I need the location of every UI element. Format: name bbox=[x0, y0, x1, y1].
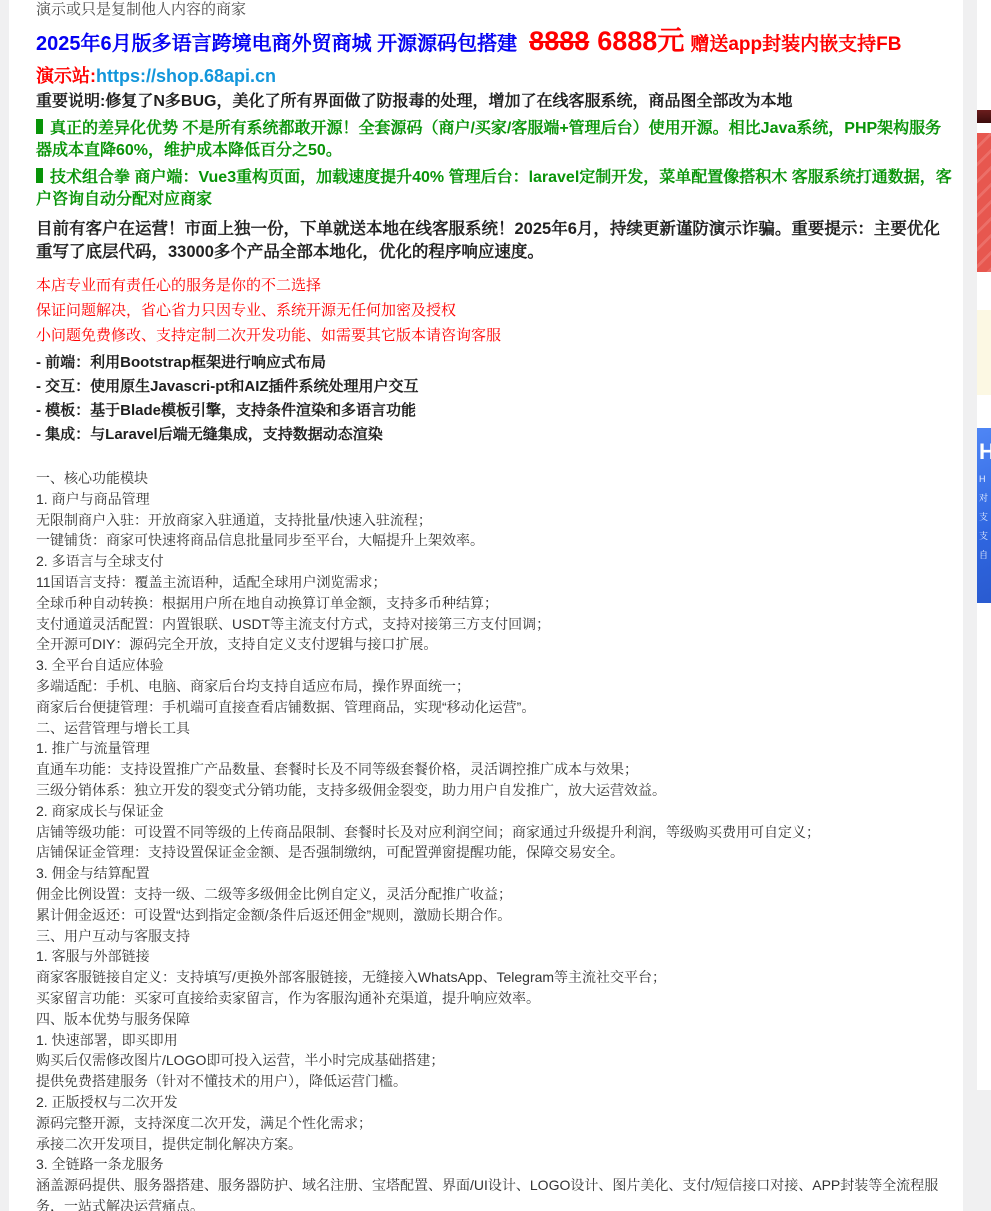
feature-detail-line: 佣金比例设置：支持一级、二级等多级佣金比例自定义，灵活分配推广收益； bbox=[36, 884, 951, 905]
demo-site-row: 演示站:https://shop.68api.cn bbox=[36, 64, 951, 90]
rail-blue-text-fragments: H对支支自 bbox=[977, 470, 991, 565]
feature-detail-line: 源码完整开源，支持深度二次开发，满足个性化需求； bbox=[36, 1113, 951, 1134]
rail-text-fragment: 自 bbox=[979, 546, 991, 565]
demo-site-label: 演示站: bbox=[36, 66, 96, 86]
bonus-note: 赠送app封装内嵌支持FB bbox=[690, 34, 901, 55]
highlight-advantage: 真正的差异化优势 不是所有系统都敢开源！全套源码（商户/买家/客服端+管理后台）… bbox=[36, 118, 954, 162]
important-note: 重要说明:修复了N多BUG，美化了所有界面做了防报毒的处理，增加了在线客服系统，… bbox=[36, 91, 951, 113]
green-bar-icon bbox=[36, 119, 43, 134]
highlight-tech-combo: 技术组合拳 商户端：Vue3重构页面，加载速度提升40% 管理后台：larave… bbox=[36, 167, 954, 211]
feature-detail-line: 三、用户互动与客服支持 bbox=[36, 926, 951, 947]
promo-line: 小问题免费修改、支持定制二次开发功能、如需要其它版本请咨询客服 bbox=[36, 323, 951, 348]
feature-detail-line: 1. 客服与外部链接 bbox=[36, 946, 951, 967]
tech-stack-list: - 前端：利用Bootstrap框架进行响应式布局- 交互：使用原生Javasc… bbox=[36, 351, 951, 447]
feature-detail-line: 3. 全平台自适应体验 bbox=[36, 655, 951, 676]
feature-detail-line: 支付通道灵活配置：内置银联、USDT等主流支付方式，支持对接第三方支付回调； bbox=[36, 614, 951, 635]
feature-detail-line: 直通车功能：支持设置推广产品数量、套餐时长及不同等级套餐价格，灵活调控推广成本与… bbox=[36, 759, 951, 780]
feature-detail-line: 3. 佣金与结算配置 bbox=[36, 863, 951, 884]
feature-detail-line: 涵盖源码提供、服务器搭建、服务器防护、域名注册、宝塔配置、界面/UI设计、LOG… bbox=[36, 1175, 951, 1211]
feature-detail-line: 多端适配：手机、电脑、商家后台均支持自适应布局，操作界面统一； bbox=[36, 676, 951, 697]
tech-stack-item: - 集成：与Laravel后端无缝集成，支持数据动态渲染 bbox=[36, 423, 951, 447]
tech-stack-item: - 前端：利用Bootstrap框架进行响应式布局 bbox=[36, 351, 951, 375]
feature-detail-line: 一、核心功能模块 bbox=[36, 468, 951, 489]
product-description: 演示或只是复制他人内容的商家 2025年6月版多语言跨境电商外贸商城 开源源码包… bbox=[9, 0, 963, 1211]
green-bar-icon bbox=[36, 168, 43, 183]
rail-cream-card-fragment bbox=[977, 310, 991, 395]
rail-text-fragment: 支 bbox=[979, 527, 991, 546]
feature-detail-line: 店铺保证金管理：支持设置保证金金额、是否强制缴纳，可配置弹窗提醒功能，保障交易安… bbox=[36, 842, 951, 863]
feature-detail-list: 一、核心功能模块1. 商户与商品管理无限制商户入驻：开放商家入驻通道，支持批量/… bbox=[36, 468, 951, 1211]
feature-detail-line: 1. 快速部署，即买即用 bbox=[36, 1030, 951, 1051]
right-gutter bbox=[963, 0, 977, 1211]
rail-blue-heading-fragment: H bbox=[979, 440, 991, 464]
feature-detail-line: 店铺等级功能：可设置不同等级的上传商品限制、套餐时长及对应利润空间；商家通过升级… bbox=[36, 822, 951, 843]
promo-line: 保证问题解决，省心省力只因专业、系统开源无任何加密及授权 bbox=[36, 298, 951, 323]
promo-lines: 本店专业而有责任心的服务是你的不二选择保证问题解决，省心省力只因专业、系统开源无… bbox=[36, 273, 951, 348]
feature-detail-line: 3. 全链路一条龙服务 bbox=[36, 1154, 951, 1175]
tech-stack-item: - 交互：使用原生Javascri-pt和AIZ插件系统处理用户交互 bbox=[36, 375, 951, 399]
rail-blue-card-fragment: H H对支支自 bbox=[977, 428, 991, 603]
feature-detail-line: 1. 推广与流量管理 bbox=[36, 738, 951, 759]
feature-detail-line: 提供免费搭建服务（针对不懂技术的用户），降低运营门槛。 bbox=[36, 1071, 951, 1092]
feature-detail-line: 2. 正版授权与二次开发 bbox=[36, 1092, 951, 1113]
rail-banner-fragment bbox=[977, 110, 991, 123]
page-root: 演示或只是复制他人内容的商家 2025年6月版多语言跨境电商外贸商城 开源源码包… bbox=[0, 0, 991, 1211]
product-title: 2025年6月版多语言跨境电商外贸商城 开源源码包搭建 bbox=[36, 33, 517, 55]
feature-detail-line: 1. 商户与商品管理 bbox=[36, 489, 951, 510]
operating-claim: 目前有客户在运营！市面上独一份，下单就送本地在线客服系统！2025年6月，持续更… bbox=[36, 218, 954, 264]
left-gutter bbox=[0, 0, 9, 1211]
rail-text-fragment: 支 bbox=[979, 508, 991, 527]
feature-detail-line: 11国语言支持：覆盖主流语种，适配全球用户浏览需求； bbox=[36, 572, 951, 593]
highlight-tech-combo-text: 技术组合拳 商户端：Vue3重构页面，加载速度提升40% 管理后台：larave… bbox=[36, 169, 952, 208]
product-title-row: 2025年6月版多语言跨境电商外贸商城 开源源码包搭建88886888元赠送ap… bbox=[36, 24, 951, 63]
rail-text-fragment: H bbox=[979, 470, 991, 489]
feature-detail-line: 三级分销体系：独立开发的裂变式分销功能，支持多级佣金裂变，助力用户自发推广，放大… bbox=[36, 780, 951, 801]
feature-detail-line: 全开源可DIY：源码完全开放，支持自定义支付逻辑与接口扩展。 bbox=[36, 634, 951, 655]
feature-detail-line: 商家后台便捷管理：手机端可直接查看店铺数据、管理商品，实现“移动化运营”。 bbox=[36, 697, 951, 718]
feature-detail-line: 无限制商户入驻：开放商家入驻通道，支持批量/快速入驻流程； bbox=[36, 510, 951, 531]
feature-detail-line: 2. 多语言与全球支付 bbox=[36, 551, 951, 572]
feature-detail-line: 四、版本优势与服务保障 bbox=[36, 1009, 951, 1030]
feature-detail-line: 累计佣金返还：可设置“达到指定金额/条件后返还佣金”规则，激励长期合作。 bbox=[36, 905, 951, 926]
promo-line: 本店专业而有责任心的服务是你的不二选择 bbox=[36, 273, 951, 298]
rail-bottom-spacer bbox=[977, 1090, 991, 1211]
highlight-advantage-text: 真正的差异化优势 不是所有系统都敢开源！全套源码（商户/买家/客服端+管理后台）… bbox=[36, 120, 941, 159]
top-note: 演示或只是复制他人内容的商家 bbox=[36, 0, 951, 19]
feature-detail-line: 二、运营管理与增长工具 bbox=[36, 718, 951, 739]
rail-red-card-fragment bbox=[977, 133, 991, 272]
tech-stack-item: - 模板：基于Blade模板引擎，支持条件渲染和多语言功能 bbox=[36, 399, 951, 423]
demo-site-link[interactable]: https://shop.68api.cn bbox=[96, 66, 276, 86]
feature-detail-line: 买家留言功能：买家可直接给卖家留言，作为客服沟通补充渠道，提升响应效率。 bbox=[36, 988, 951, 1009]
new-price: 6888元 bbox=[597, 26, 684, 56]
old-price: 8888 bbox=[529, 26, 589, 56]
rail-text-fragment: 对 bbox=[979, 489, 991, 508]
right-rail-clipped-column: H H对支支自 bbox=[977, 0, 991, 1211]
feature-detail-line: 承接二次开发项目，提供定制化解决方案。 bbox=[36, 1134, 951, 1155]
feature-detail-line: 一键铺货：商家可快速将商品信息批量同步至平台，大幅提升上架效率。 bbox=[36, 530, 951, 551]
feature-detail-line: 购买后仅需修改图片/LOGO即可投入运营，半小时完成基础搭建； bbox=[36, 1050, 951, 1071]
feature-detail-line: 商家客服链接自定义：支持填写/更换外部客服链接，无缝接入WhatsApp、Tel… bbox=[36, 967, 951, 988]
feature-detail-line: 2. 商家成长与保证金 bbox=[36, 801, 951, 822]
feature-detail-line: 全球币种自动转换：根据用户所在地自动换算订单金额，支持多币种结算； bbox=[36, 593, 951, 614]
